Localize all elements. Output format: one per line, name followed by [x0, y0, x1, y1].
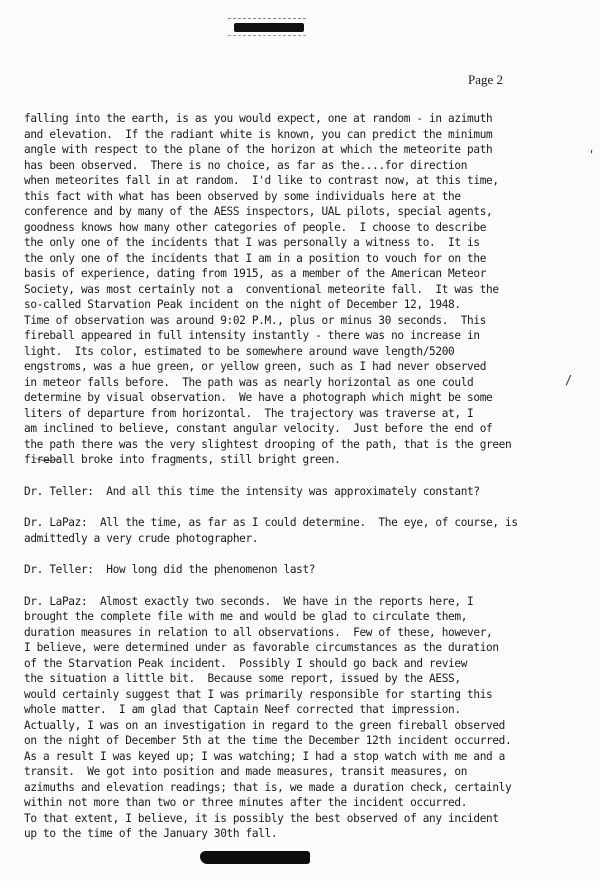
- text-line: light. Its color, estimated to be somewh…: [24, 344, 594, 360]
- text-line: goodness knows how many other categories…: [24, 220, 594, 236]
- text-line: this fact with what has been observed by…: [24, 189, 594, 205]
- text-line: To that extent, I believe, it is possibl…: [24, 811, 594, 827]
- text-line: falling into the earth, is as you would …: [24, 111, 594, 127]
- text-line: the situation a little bit. Because some…: [24, 671, 594, 687]
- dialogue-entry: Dr. Teller: And all this time the intens…: [24, 484, 594, 500]
- speech-text: Almost exactly two seconds. We have in t…: [100, 595, 473, 608]
- text-line: azimuths and elevation readings; that is…: [24, 780, 594, 796]
- text-line: admittedly a very crude photographer.: [24, 531, 594, 547]
- text-line: within not more than two or three minute…: [24, 795, 594, 811]
- text-line: Society, was most certainly not a conven…: [24, 282, 594, 298]
- text-line: Dr. LaPaz: Almost exactly two seconds. W…: [24, 594, 594, 610]
- text-line: on the night of December 5th at the time…: [24, 733, 594, 749]
- dialogue-section: Dr. Teller: And all this time the intens…: [24, 484, 594, 842]
- text-line: when meteorites fall in at random. I'd l…: [24, 173, 594, 189]
- text-line: the path there was the very slightest dr…: [24, 437, 594, 453]
- text-line: brought the complete file with me and wo…: [24, 609, 594, 625]
- text-line: basis of experience, dating from 1915, a…: [24, 266, 594, 282]
- text-line: Time of observation was around 9:02 P.M.…: [24, 313, 594, 329]
- speech-text: All the time, as far as I could determin…: [100, 516, 518, 529]
- text-line: the only one of the incidents that I was…: [24, 235, 594, 251]
- text-line: the only one of the incidents that I am …: [24, 251, 594, 267]
- text-line: of the Starvation Peak incident. Possibl…: [24, 656, 594, 672]
- text-line: Dr. Teller: How long did the phenomenon …: [24, 562, 594, 578]
- opening-paragraph: falling into the earth, is as you would …: [24, 111, 594, 468]
- text-line: and elevation. If the radiant white is k…: [24, 127, 594, 143]
- text-line: Actually, I was on an investigation in r…: [24, 718, 594, 734]
- text-line: in meteor falls before. The path was as …: [24, 375, 594, 391]
- dialogue-entry: Dr. LaPaz: Almost exactly two seconds. W…: [24, 594, 594, 842]
- text-line: determine by visual observation. We have…: [24, 390, 594, 406]
- text-line: As a result I was keyed up; I was watchi…: [24, 749, 594, 765]
- text-line: so-called Starvation Peak incident on th…: [24, 297, 594, 313]
- page-number: Page 2: [468, 72, 503, 88]
- transcript-body: falling into the earth, is as you would …: [24, 111, 594, 858]
- text-line: angle with respect to the plane of the h…: [24, 142, 594, 158]
- text-line: conference and by many of the AESS inspe…: [24, 204, 594, 220]
- dialogue-entry: Dr. LaPaz: All the time, as far as I cou…: [24, 515, 594, 546]
- text-line: transit. We got into position and made m…: [24, 764, 594, 780]
- text-line: fireball appeared in full intensity inst…: [24, 328, 594, 344]
- text-line: Dr. LaPaz: All the time, as far as I cou…: [24, 515, 594, 531]
- text-line: duration measures in relation to all obs…: [24, 625, 594, 641]
- margin-slash-mark: /: [565, 373, 572, 387]
- text-line: liters of departure from horizontal. The…: [24, 406, 594, 422]
- speaker-label: Dr. LaPaz:: [24, 595, 100, 608]
- text-line: up to the time of the January 30th fall.: [24, 826, 594, 842]
- speaker-label: Dr. Teller:: [24, 485, 106, 498]
- text-line: has been observed. There is no choice, a…: [24, 158, 594, 174]
- text-line: whole matter. I am glad that Captain Nee…: [24, 702, 594, 718]
- text-line: Dr. Teller: And all this time the intens…: [24, 484, 594, 500]
- margin-tick-mark: ': [588, 148, 595, 162]
- speech-text: How long did the phenomenon last?: [106, 563, 315, 576]
- text-line: am inclined to believe, constant angular…: [24, 421, 594, 437]
- speaker-label: Dr. Teller:: [24, 563, 106, 576]
- text-line: fireball broke into fragments, still bri…: [24, 452, 594, 468]
- speech-text: And all this time the intensity was appr…: [106, 485, 479, 498]
- speaker-label: Dr. LaPaz:: [24, 516, 100, 529]
- text-line: I believe, were determined under as favo…: [24, 640, 594, 656]
- handwritten-check-mark: [34, 452, 60, 461]
- redaction-bar: [234, 23, 304, 32]
- text-line: engstroms, was a hue green, or yellow gr…: [24, 359, 594, 375]
- classification-redaction-bottom: [200, 851, 310, 864]
- dialogue-entry: Dr. Teller: How long did the phenomenon …: [24, 562, 594, 578]
- classification-redaction-top: [228, 18, 306, 34]
- text-line: would certainly suggest that I was prima…: [24, 687, 594, 703]
